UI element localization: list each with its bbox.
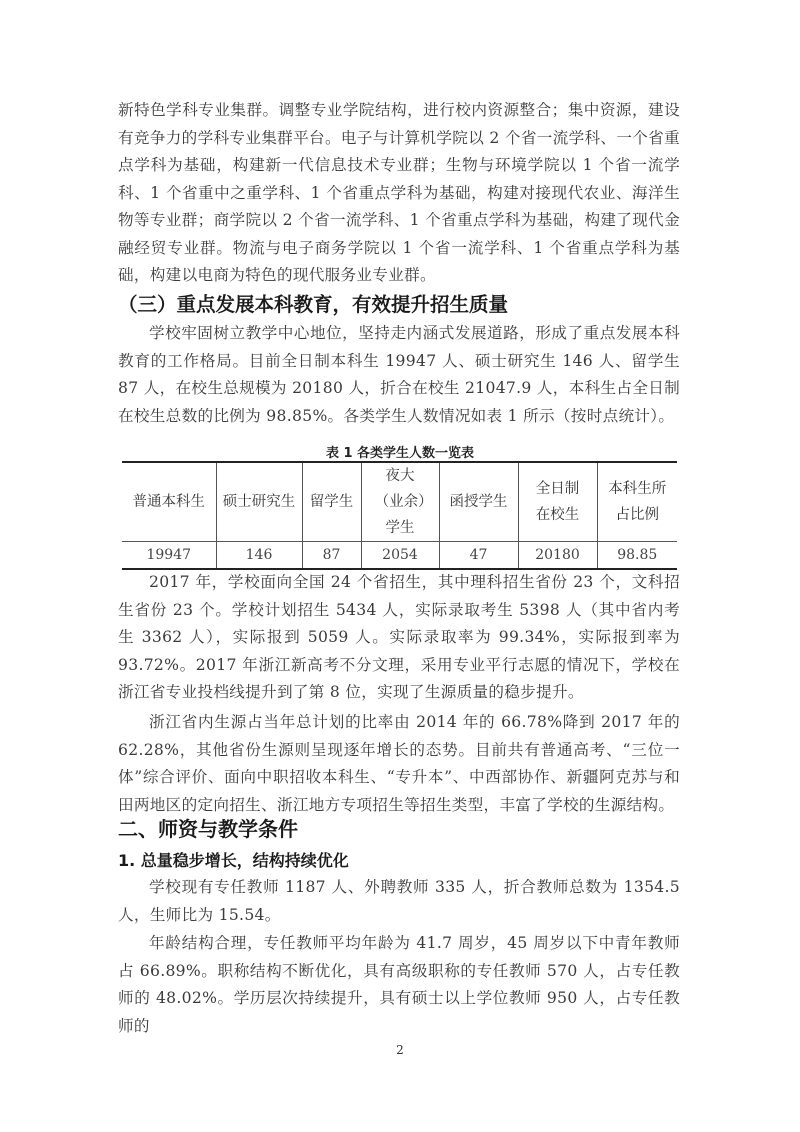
header-fulltime: 全日制在校生: [518, 462, 597, 542]
cell-undergrad-ratio: 98.85: [597, 542, 677, 569]
header-evening: 夜大（业余）学生: [361, 462, 439, 542]
paragraph-enrollment-2017: 2017 年，学校面向全国 24 个省招生，其中理科招生省份 23 个，文科招生…: [118, 569, 680, 707]
table-row: 19947 146 87 2054 47 20180 98.85: [122, 542, 677, 569]
student-count-table: 普通本科生 硕士研究生 留学生 夜大（业余）学生 函授学生 全日制在校生 本科生…: [122, 461, 677, 570]
cell-undergraduate: 19947: [122, 542, 216, 569]
document-page: 新特色学科专业集群。调整专业学院结构，进行校内资源整合；集中资源，建设有竞争力的…: [0, 0, 800, 1132]
paragraph-faculty-count: 学校现有专任教师 1187 人、外聘教师 335 人，折合教师总数为 1354.…: [118, 874, 680, 929]
section-heading-undergraduate-education: （三）重点发展本科教育，有效提升招生质量: [118, 289, 508, 317]
paragraph-student-overview: 学校牢固树立教学中心地位，坚持走内涵式发展道路，形成了重点发展本科教育的工作格局…: [118, 320, 680, 430]
cell-correspondence: 47: [439, 542, 518, 569]
chapter-heading-faculty: 二、师资与教学条件: [118, 813, 298, 842]
cell-evening: 2054: [361, 542, 439, 569]
cell-fulltime: 20180: [518, 542, 597, 569]
header-international: 留学生: [302, 462, 361, 542]
paragraph-source-structure: 浙江省内生源占当年总计划的比率由 2014 年的 66.78%降到 2017 年…: [118, 709, 680, 819]
table-header-row: 普通本科生 硕士研究生 留学生 夜大（业余）学生 函授学生 全日制在校生 本科生…: [122, 462, 677, 542]
page-number: 2: [0, 1043, 800, 1057]
header-undergrad-ratio: 本科生所占比例: [597, 462, 677, 542]
cell-international: 87: [302, 542, 361, 569]
header-undergraduate: 普通本科生: [122, 462, 216, 542]
paragraph-faculty-structure: 年龄结构合理，专任教师平均年龄为 41.7 周岁，45 周岁以下中青年教师占 6…: [118, 930, 680, 1040]
paragraph-discipline-clusters: 新特色学科专业集群。调整专业学院结构，进行校内资源整合；集中资源，建设有竞争力的…: [118, 97, 680, 290]
cell-master: 146: [216, 542, 302, 569]
header-master: 硕士研究生: [216, 462, 302, 542]
subheading-faculty-growth: 1. 总量稳步增长，结构持续优化: [118, 848, 349, 871]
table-caption: 表 1 各类学生人数一览表: [0, 442, 800, 461]
header-correspondence: 函授学生: [439, 462, 518, 542]
